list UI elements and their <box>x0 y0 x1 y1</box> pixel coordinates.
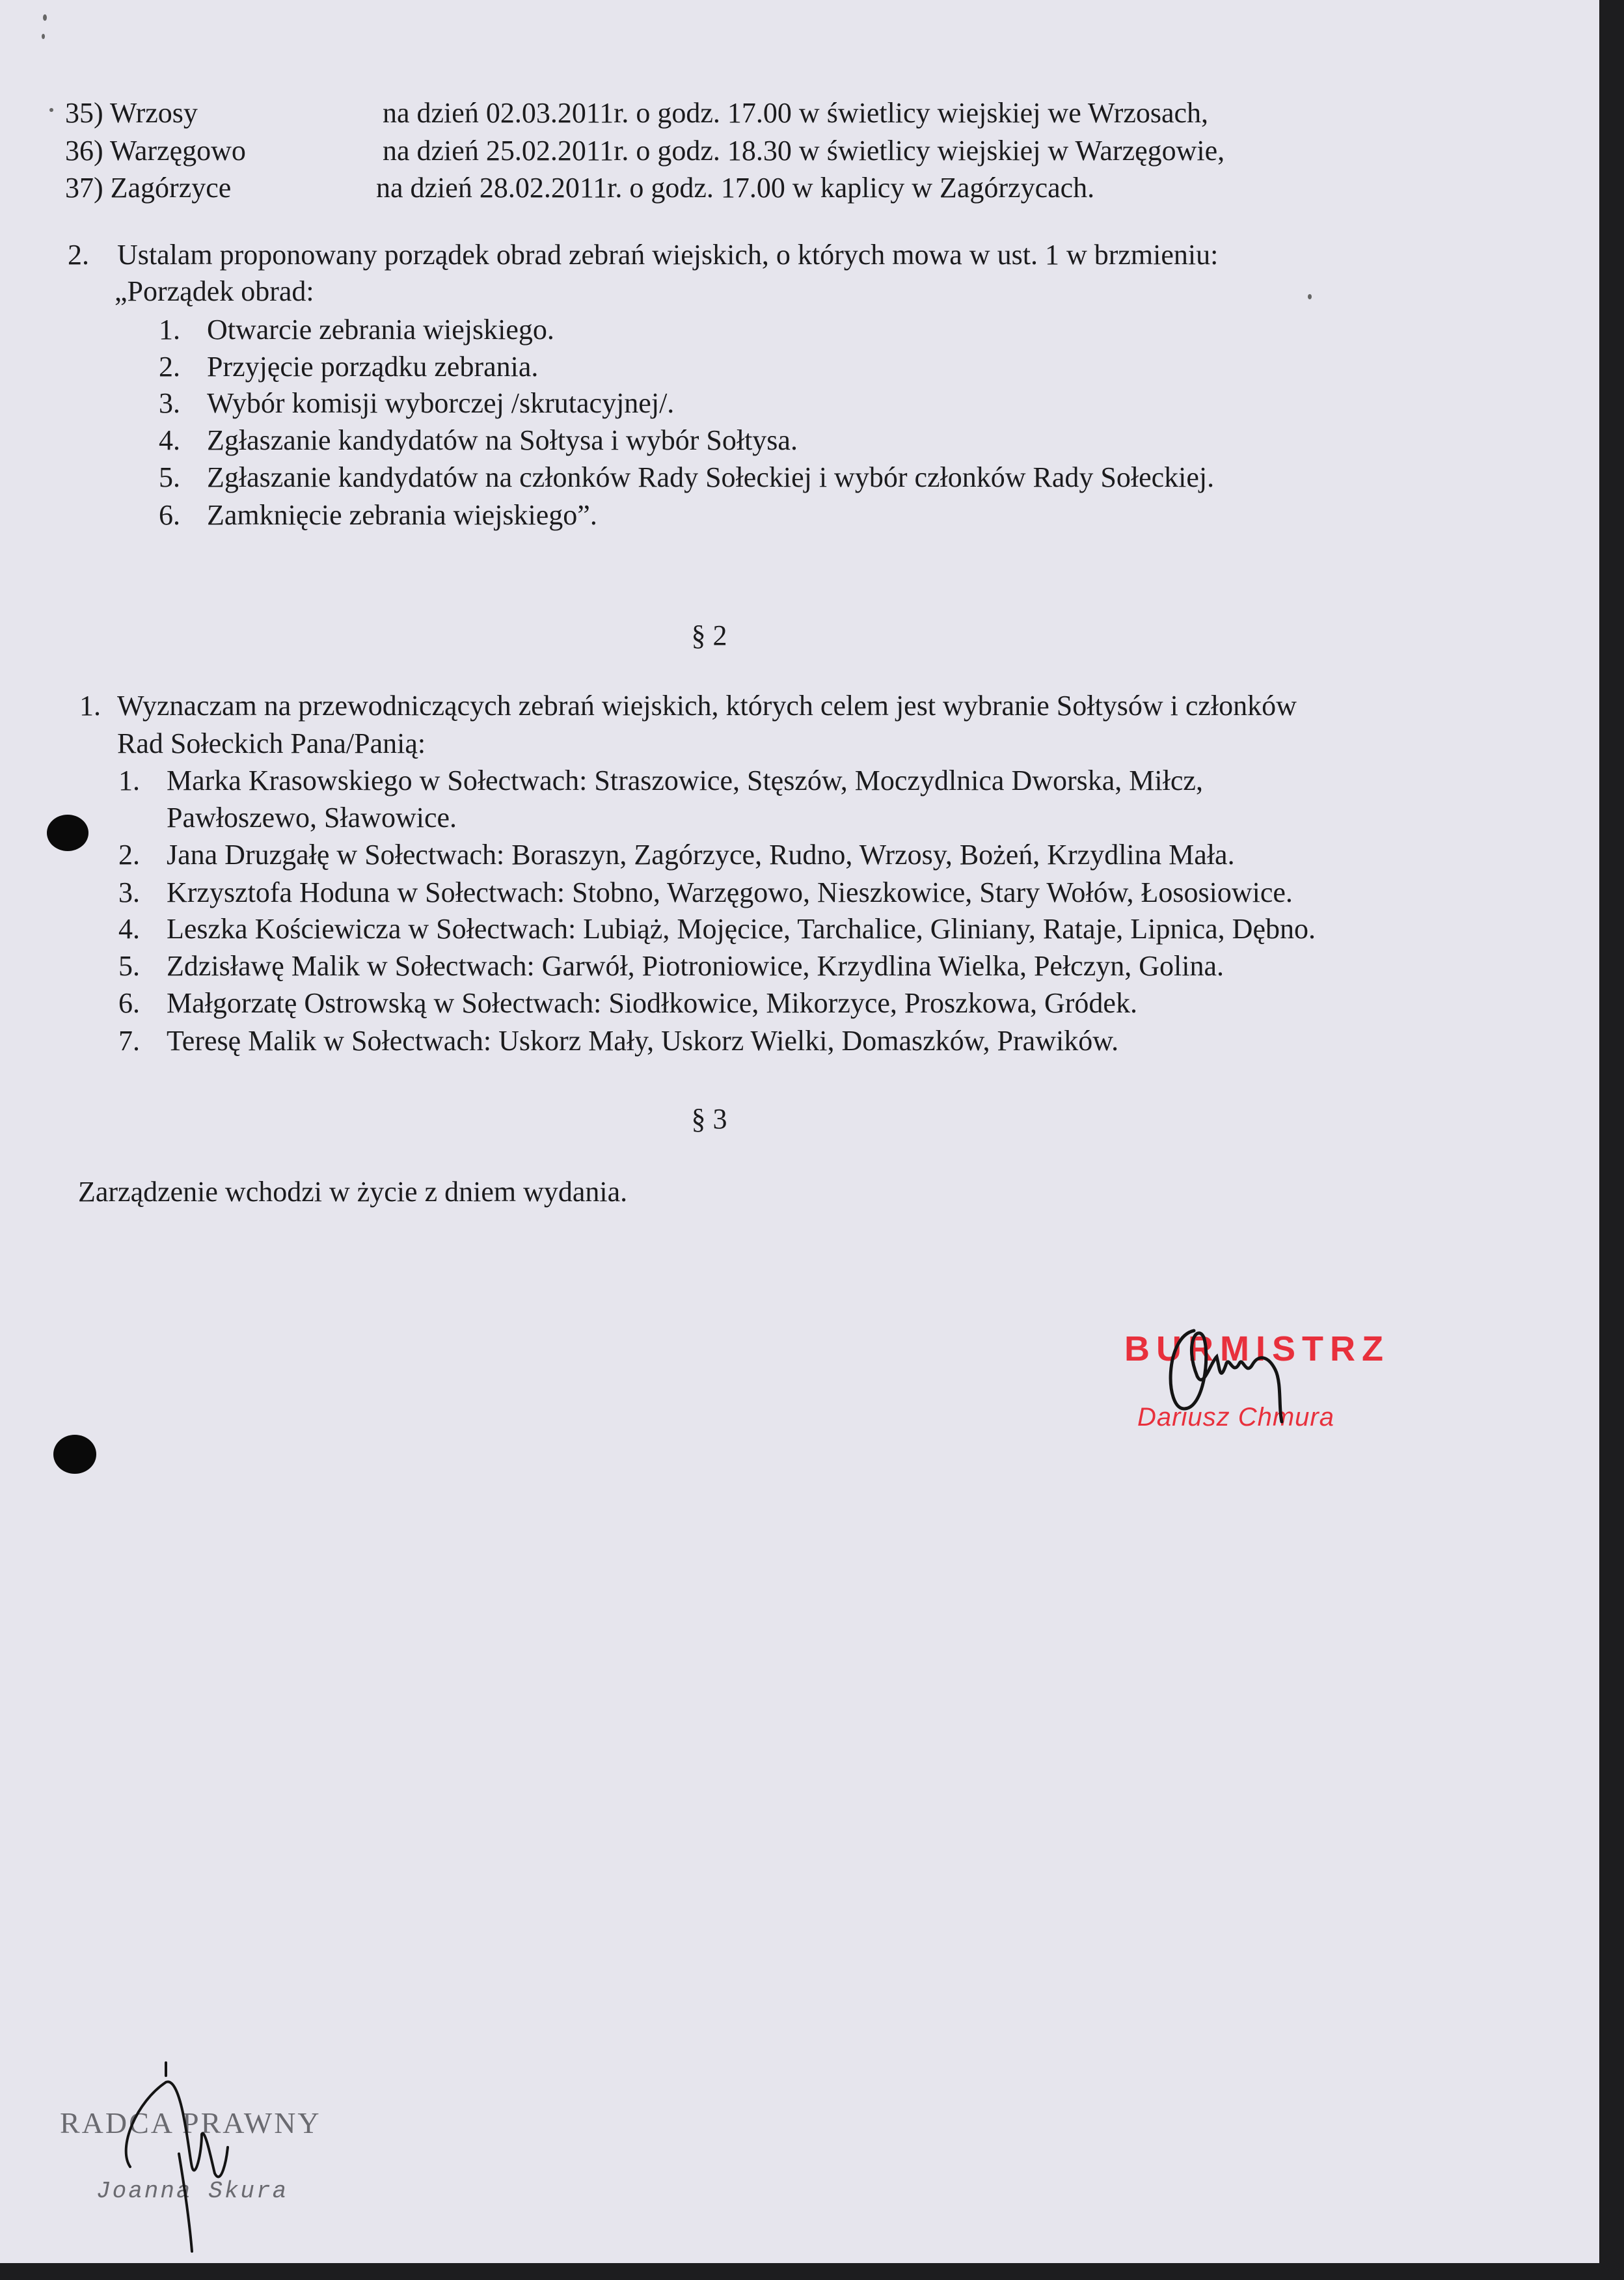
agenda-item-number: 6. <box>159 501 180 530</box>
agenda-item: Przyjęcie porządku zebrania. <box>207 353 538 381</box>
meeting-village: 35) Wrzosy <box>65 99 198 128</box>
agenda-item: Otwarcie zebrania wiejskiego. <box>207 316 554 344</box>
chair-item: Jana Druzgałę w Sołectwach: Boraszyn, Za… <box>167 841 1235 869</box>
scan-speck <box>1308 294 1312 299</box>
chair-number: 3. <box>118 878 140 907</box>
punch-hole <box>53 1435 96 1474</box>
section-2-heading: § 2 <box>579 621 839 650</box>
scan-speck <box>43 14 47 21</box>
scan-speck <box>49 108 53 112</box>
scan-speck <box>42 34 45 39</box>
point-text: Ustalam proponowany porządek obrad zebra… <box>117 241 1218 269</box>
meeting-details: na dzień 02.03.2011r. o godz. 17.00 w św… <box>383 99 1208 128</box>
chair-number: 1. <box>118 767 140 795</box>
agenda-item: Zgłaszanie kandydatów na Sołtysa i wybór… <box>207 426 798 455</box>
meeting-village: 36) Warzęgowo <box>65 137 246 165</box>
scan-edge-bottom <box>0 2263 1624 2280</box>
chairs-intro: Wyznaczam na przewodniczących zebrań wie… <box>117 692 1297 720</box>
chair-item: Leszka Kościewicza w Sołectwach: Lubiąż,… <box>167 915 1316 943</box>
section-3-heading: § 3 <box>579 1105 839 1133</box>
mayor-signature <box>1158 1318 1327 1422</box>
legal-signature <box>117 2063 247 2251</box>
meeting-details: na dzień 25.02.2011r. o godz. 18.30 w św… <box>383 137 1225 165</box>
point-number: 1. <box>79 692 101 720</box>
agenda-item: Wybór komisji wyborczej /skrutacyjnej/. <box>207 389 674 418</box>
scan-edge-right <box>1599 0 1624 2280</box>
chair-number: 6. <box>118 989 140 1018</box>
agenda-item-number: 5. <box>159 463 180 492</box>
meeting-village: 37) Zagórzyce <box>65 174 231 202</box>
meeting-details: na dzień 28.02.2011r. o godz. 17.00 w ka… <box>376 174 1094 202</box>
agenda-item-number: 4. <box>159 426 180 455</box>
chair-number: 7. <box>118 1027 140 1055</box>
chair-item: Teresę Malik w Sołectwach: Uskorz Mały, … <box>167 1027 1118 1055</box>
chair-item-cont: Pawłoszewo, Sławowice. <box>167 804 457 832</box>
agenda-heading: „Porządek obrad: <box>115 277 314 306</box>
agenda-item-number: 2. <box>159 353 180 381</box>
point-number: 2. <box>68 241 89 269</box>
chair-item: Marka Krasowskiego w Sołectwach: Straszo… <box>167 767 1203 795</box>
chair-number: 5. <box>118 952 140 981</box>
chair-number: 2. <box>118 841 140 869</box>
chairs-intro: Rad Sołeckich Pana/Panią: <box>117 729 426 758</box>
effective-clause: Zarządzenie wchodzi w życie z dniem wyda… <box>78 1178 627 1206</box>
chair-item: Krzysztofa Hoduna w Sołectwach: Stobno, … <box>167 878 1293 907</box>
chair-number: 4. <box>118 915 140 943</box>
punch-hole <box>47 815 88 851</box>
agenda-item: Zamknięcie zebrania wiejskiego”. <box>207 501 597 530</box>
agenda-item-number: 1. <box>159 316 180 344</box>
chair-item: Zdzisławę Malik w Sołectwach: Garwół, Pi… <box>167 952 1224 981</box>
agenda-item-number: 3. <box>159 389 180 418</box>
agenda-item: Zgłaszanie kandydatów na członków Rady S… <box>207 463 1214 492</box>
document-page: 35) Wrzosy na dzień 02.03.2011r. o godz.… <box>0 0 1599 2263</box>
chair-item: Małgorzatę Ostrowską w Sołectwach: Siodł… <box>167 989 1137 1018</box>
